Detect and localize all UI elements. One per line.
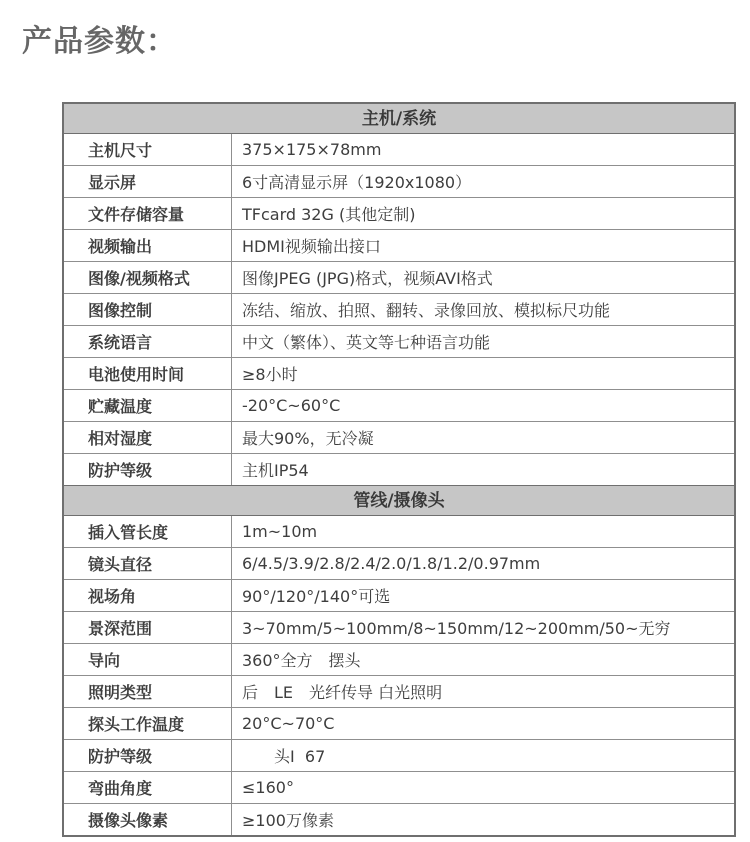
spec-row: 导向360°全方 摆头: [64, 643, 734, 675]
spec-value: 最大90%，无冷凝: [232, 422, 734, 453]
spec-value: -20°C~60°C: [232, 390, 734, 421]
spec-row: 插入管长度1m~10m: [64, 516, 734, 547]
spec-value: 3~70mm/5~100mm/8~150mm/12~200mm/50~无穷: [232, 612, 734, 643]
spec-row: 探头工作温度20°C~70°C: [64, 707, 734, 739]
spec-value: TFcard 32G (其他定制): [232, 198, 734, 229]
spec-value: 冻结、缩放、拍照、翻转、录像回放、模拟标尺功能: [232, 294, 734, 325]
spec-label: 探头工作温度: [64, 708, 232, 739]
spec-row: 图像/视频格式图像JPEG (JPG)格式，视频AVI格式: [64, 261, 734, 293]
spec-label: 插入管长度: [64, 516, 232, 547]
spec-row: 电池使用时间≥8小时: [64, 357, 734, 389]
spec-value: 1m~10m: [232, 516, 734, 547]
spec-label: 摄像头像素: [64, 804, 232, 835]
spec-value: 20°C~70°C: [232, 708, 734, 739]
spec-label: 主机尺寸: [64, 134, 232, 165]
spec-label: 弯曲角度: [64, 772, 232, 803]
spec-row: 文件存储容量TFcard 32G (其他定制): [64, 197, 734, 229]
spec-row: 系统语言中文（繁体）、英文等七种语言功能: [64, 325, 734, 357]
spec-label: 视场角: [64, 580, 232, 611]
spec-value: ≥100万像素: [232, 804, 734, 835]
spec-row: 显示屏6寸高清显示屏（1920x1080）: [64, 165, 734, 197]
section-header: 管线/摄像头: [64, 485, 734, 516]
spec-label: 视频输出: [64, 230, 232, 261]
spec-label: 导向: [64, 644, 232, 675]
spec-label: 防护等级: [64, 454, 232, 485]
spec-table: 主机/系统主机尺寸375×175×78mm显示屏6寸高清显示屏（1920x108…: [62, 102, 736, 837]
spec-row: 贮藏温度-20°C~60°C: [64, 389, 734, 421]
spec-row: 相对湿度最大90%，无冷凝: [64, 421, 734, 453]
spec-label: 显示屏: [64, 166, 232, 197]
spec-value: 6/4.5/3.9/2.8/2.4/2.0/1.8/1.2/0.97mm: [232, 548, 734, 579]
spec-value: 后 LE 光纤传导 白光照明: [232, 676, 734, 707]
spec-row: 主机尺寸375×175×78mm: [64, 134, 734, 165]
spec-row: 防护等级主机IP54: [64, 453, 734, 485]
spec-label: 图像/视频格式: [64, 262, 232, 293]
spec-label: 图像控制: [64, 294, 232, 325]
spec-value: 主机IP54: [232, 454, 734, 485]
spec-value: 图像JPEG (JPG)格式，视频AVI格式: [232, 262, 734, 293]
spec-label: 防护等级: [64, 740, 232, 771]
spec-value: ≤160°: [232, 772, 734, 803]
spec-row: 镜头直径6/4.5/3.9/2.8/2.4/2.0/1.8/1.2/0.97mm: [64, 547, 734, 579]
spec-value: 中文（繁体）、英文等七种语言功能: [232, 326, 734, 357]
spec-label: 电池使用时间: [64, 358, 232, 389]
spec-row: 防护等级 头I 67: [64, 739, 734, 771]
spec-row: 摄像头像素≥100万像素: [64, 803, 734, 835]
page-title: 产品参数：: [22, 16, 177, 60]
spec-label: 文件存储容量: [64, 198, 232, 229]
spec-label: 贮藏温度: [64, 390, 232, 421]
spec-label: 镜头直径: [64, 548, 232, 579]
spec-value: 头I 67: [232, 740, 734, 771]
spec-row: 弯曲角度≤160°: [64, 771, 734, 803]
spec-label: 系统语言: [64, 326, 232, 357]
spec-value: HDMI视频输出接口: [232, 230, 734, 261]
spec-row: 图像控制冻结、缩放、拍照、翻转、录像回放、模拟标尺功能: [64, 293, 734, 325]
spec-value: 6寸高清显示屏（1920x1080）: [232, 166, 734, 197]
spec-row: 视场角90°/120°/140°可选: [64, 579, 734, 611]
section-header: 主机/系统: [64, 104, 734, 134]
spec-value: ≥8小时: [232, 358, 734, 389]
spec-row: 视频输出HDMI视频输出接口: [64, 229, 734, 261]
spec-row: 景深范围3~70mm/5~100mm/8~150mm/12~200mm/50~无…: [64, 611, 734, 643]
spec-label: 相对湿度: [64, 422, 232, 453]
spec-value: 90°/120°/140°可选: [232, 580, 734, 611]
spec-value: 360°全方 摆头: [232, 644, 734, 675]
spec-row: 照明类型后 LE 光纤传导 白光照明: [64, 675, 734, 707]
spec-label: 照明类型: [64, 676, 232, 707]
spec-label: 景深范围: [64, 612, 232, 643]
spec-value: 375×175×78mm: [232, 134, 734, 165]
